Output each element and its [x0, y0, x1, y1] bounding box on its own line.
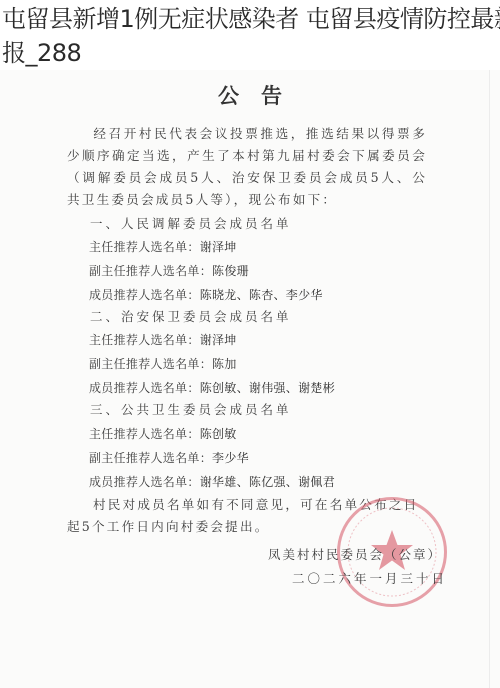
- item-value: 谢泽坤: [200, 333, 237, 347]
- item-label: 副主任推荐人选名单：: [89, 264, 212, 278]
- item-label: 成员推荐人选名单：: [89, 475, 200, 489]
- section-heading: 二、治安保卫委员会成员名单: [90, 307, 292, 325]
- section-heading: 一、人民调解委员会成员名单: [90, 214, 292, 232]
- list-item: 成员推荐人选名单：陈创敏、谢伟强、谢楚彬: [89, 379, 335, 396]
- list-item: 主任推荐人选名单：谢泽坤: [89, 238, 237, 255]
- article-headline: 屯留县新增1例无症状感染者 屯留县疫情防控最新通报_288: [2, 2, 500, 70]
- item-label: 主任推荐人选名单：: [89, 427, 200, 441]
- list-item: 副主任推荐人选名单：李少华: [89, 449, 249, 466]
- list-item: 副主任推荐人选名单：陈俊珊: [89, 262, 249, 279]
- item-value: 谢泽坤: [200, 240, 237, 254]
- list-item: 主任推荐人选名单：谢泽坤: [89, 331, 237, 348]
- item-value: 陈晓龙、陈杏、李少华: [200, 288, 323, 302]
- list-item: 成员推荐人选名单：陈晓龙、陈杏、李少华: [89, 286, 323, 303]
- intro-text: 经召开村民代表会议投票推选，推选结果以得票多少顺序确定当选，产生了本村第九届村委…: [67, 126, 427, 207]
- item-label: 副主任推荐人选名单：: [89, 451, 212, 465]
- item-value: 陈创敏、谢伟强、谢楚彬: [200, 381, 335, 395]
- signature-line: 凤美村村民委员会（公章）: [268, 545, 442, 563]
- document-title: 公告: [0, 80, 500, 110]
- list-item: 成员推荐人选名单：谢华雄、陈亿强、谢佩君: [89, 473, 335, 490]
- intro-paragraph: 经召开村民代表会议投票推选，推选结果以得票多少顺序确定当选，产生了本村第九届村委…: [67, 123, 427, 211]
- item-label: 副主任推荐人选名单：: [89, 357, 212, 371]
- section-heading: 三、公共卫生委员会成员名单: [90, 400, 292, 418]
- scan-edge-divider: [489, 70, 490, 688]
- item-label: 成员推荐人选名单：: [89, 381, 200, 395]
- document-date: 二〇二六年一月三十日: [292, 569, 447, 587]
- item-label: 成员推荐人选名单：: [89, 288, 200, 302]
- list-item: 主任推荐人选名单：陈创敏: [89, 425, 237, 442]
- list-item: 副主任推荐人选名单：陈加: [89, 355, 237, 372]
- item-value: 陈俊珊: [212, 264, 249, 278]
- item-value: 陈加: [212, 357, 237, 371]
- item-label: 主任推荐人选名单：: [89, 333, 200, 347]
- item-value: 谢华雄、陈亿强、谢佩君: [200, 475, 335, 489]
- item-value: 李少华: [212, 451, 249, 465]
- item-value: 陈创敏: [200, 427, 237, 441]
- item-label: 主任推荐人选名单：: [89, 240, 200, 254]
